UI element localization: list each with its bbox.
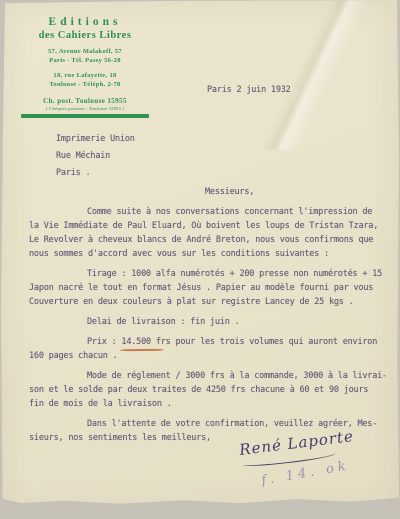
body-paragraph: Prix : 14.500 frs pour les trois volumes… bbox=[29, 335, 385, 363]
letterhead-toulouse-address: 18, rue Lafayette, 18 Toulouse - Téléph.… bbox=[21, 72, 149, 89]
letter-body: Messieurs, Comme suite à nos conversatio… bbox=[29, 185, 385, 451]
body-line: Prix : 14.500 frs pour les trois volumes… bbox=[29, 335, 385, 349]
letterhead-paris-address-line1: 57, Avenue Malakoff, 57 bbox=[21, 48, 149, 57]
letterhead-postal-account: Ch. post. Toulouse 15955 bbox=[21, 97, 149, 105]
letterhead-paris-address-line2: Paris - Tél. Passy 56-28 bbox=[21, 57, 149, 66]
body-line: Tirage : 1000 alfa numérotés + 200 press… bbox=[29, 267, 385, 281]
letterhead-toulouse-address-line2: Toulouse - Téléph. 2-78 bbox=[21, 81, 149, 90]
body-paragraph: Delai de livraison : fin juin . bbox=[29, 315, 385, 329]
letterhead-rule bbox=[21, 114, 149, 118]
body-line: Mode de réglement / 3000 frs à la comman… bbox=[29, 369, 385, 383]
letterhead: Editions des Cahiers Libres 57, Avenue M… bbox=[21, 16, 149, 118]
body-line: Le Revolver à cheveux blancs de André Br… bbox=[29, 233, 385, 247]
body-line: Couverture en deux couleurs à plat sur r… bbox=[29, 295, 385, 309]
letterhead-title: Editions bbox=[21, 16, 149, 28]
photo-background: Editions des Cahiers Libres 57, Avenue M… bbox=[0, 0, 400, 519]
body-line: son et le solde par deux traites de 4250… bbox=[29, 383, 385, 397]
body-line: nous sommes d'accord avec vous sur les c… bbox=[29, 247, 385, 261]
body-line: 160 pages chacun . bbox=[29, 349, 385, 363]
letterhead-postal-small-print: ( Chèques postaux : Toulouse 15955 ) bbox=[21, 106, 149, 111]
recipient-line: Rue Méchain bbox=[56, 148, 135, 165]
body-paragraph: Comme suite à nos conversations concerna… bbox=[29, 205, 385, 261]
body-line: Japon nacré le tout en format Jésus . Pa… bbox=[29, 281, 385, 295]
letterhead-toulouse-address-line1: 18, rue Lafayette, 18 bbox=[21, 72, 149, 81]
letter-paper: Editions des Cahiers Libres 57, Avenue M… bbox=[1, 0, 399, 514]
body-paragraph: Mode de réglement / 3000 frs à la comman… bbox=[29, 369, 385, 411]
letterhead-subtitle: des Cahiers Libres bbox=[21, 30, 149, 41]
salutation: Messieurs, bbox=[205, 185, 385, 199]
body-line: fin de mois de la livraison . bbox=[29, 397, 385, 411]
recipient-line: Paris . bbox=[56, 165, 135, 182]
body-paragraph: Tirage : 1000 alfa numérotés + 200 press… bbox=[29, 267, 385, 309]
paper-crease bbox=[169, 0, 399, 150]
date-line: Paris 2 juin 1932 bbox=[207, 85, 291, 95]
letterhead-paris-address: 57, Avenue Malakoff, 57 Paris - Tél. Pas… bbox=[21, 48, 149, 65]
recipient-address: Imprimerie UnionRue MéchainParis . bbox=[56, 131, 135, 182]
recipient-line: Imprimerie Union bbox=[56, 131, 135, 148]
body-line: la Vie Immédiate de Paul Eluard, Où boiv… bbox=[29, 219, 385, 233]
body-line: Comme suite à nos conversations concerna… bbox=[29, 205, 385, 219]
body-line: Delai de livraison : fin juin . bbox=[29, 315, 385, 329]
